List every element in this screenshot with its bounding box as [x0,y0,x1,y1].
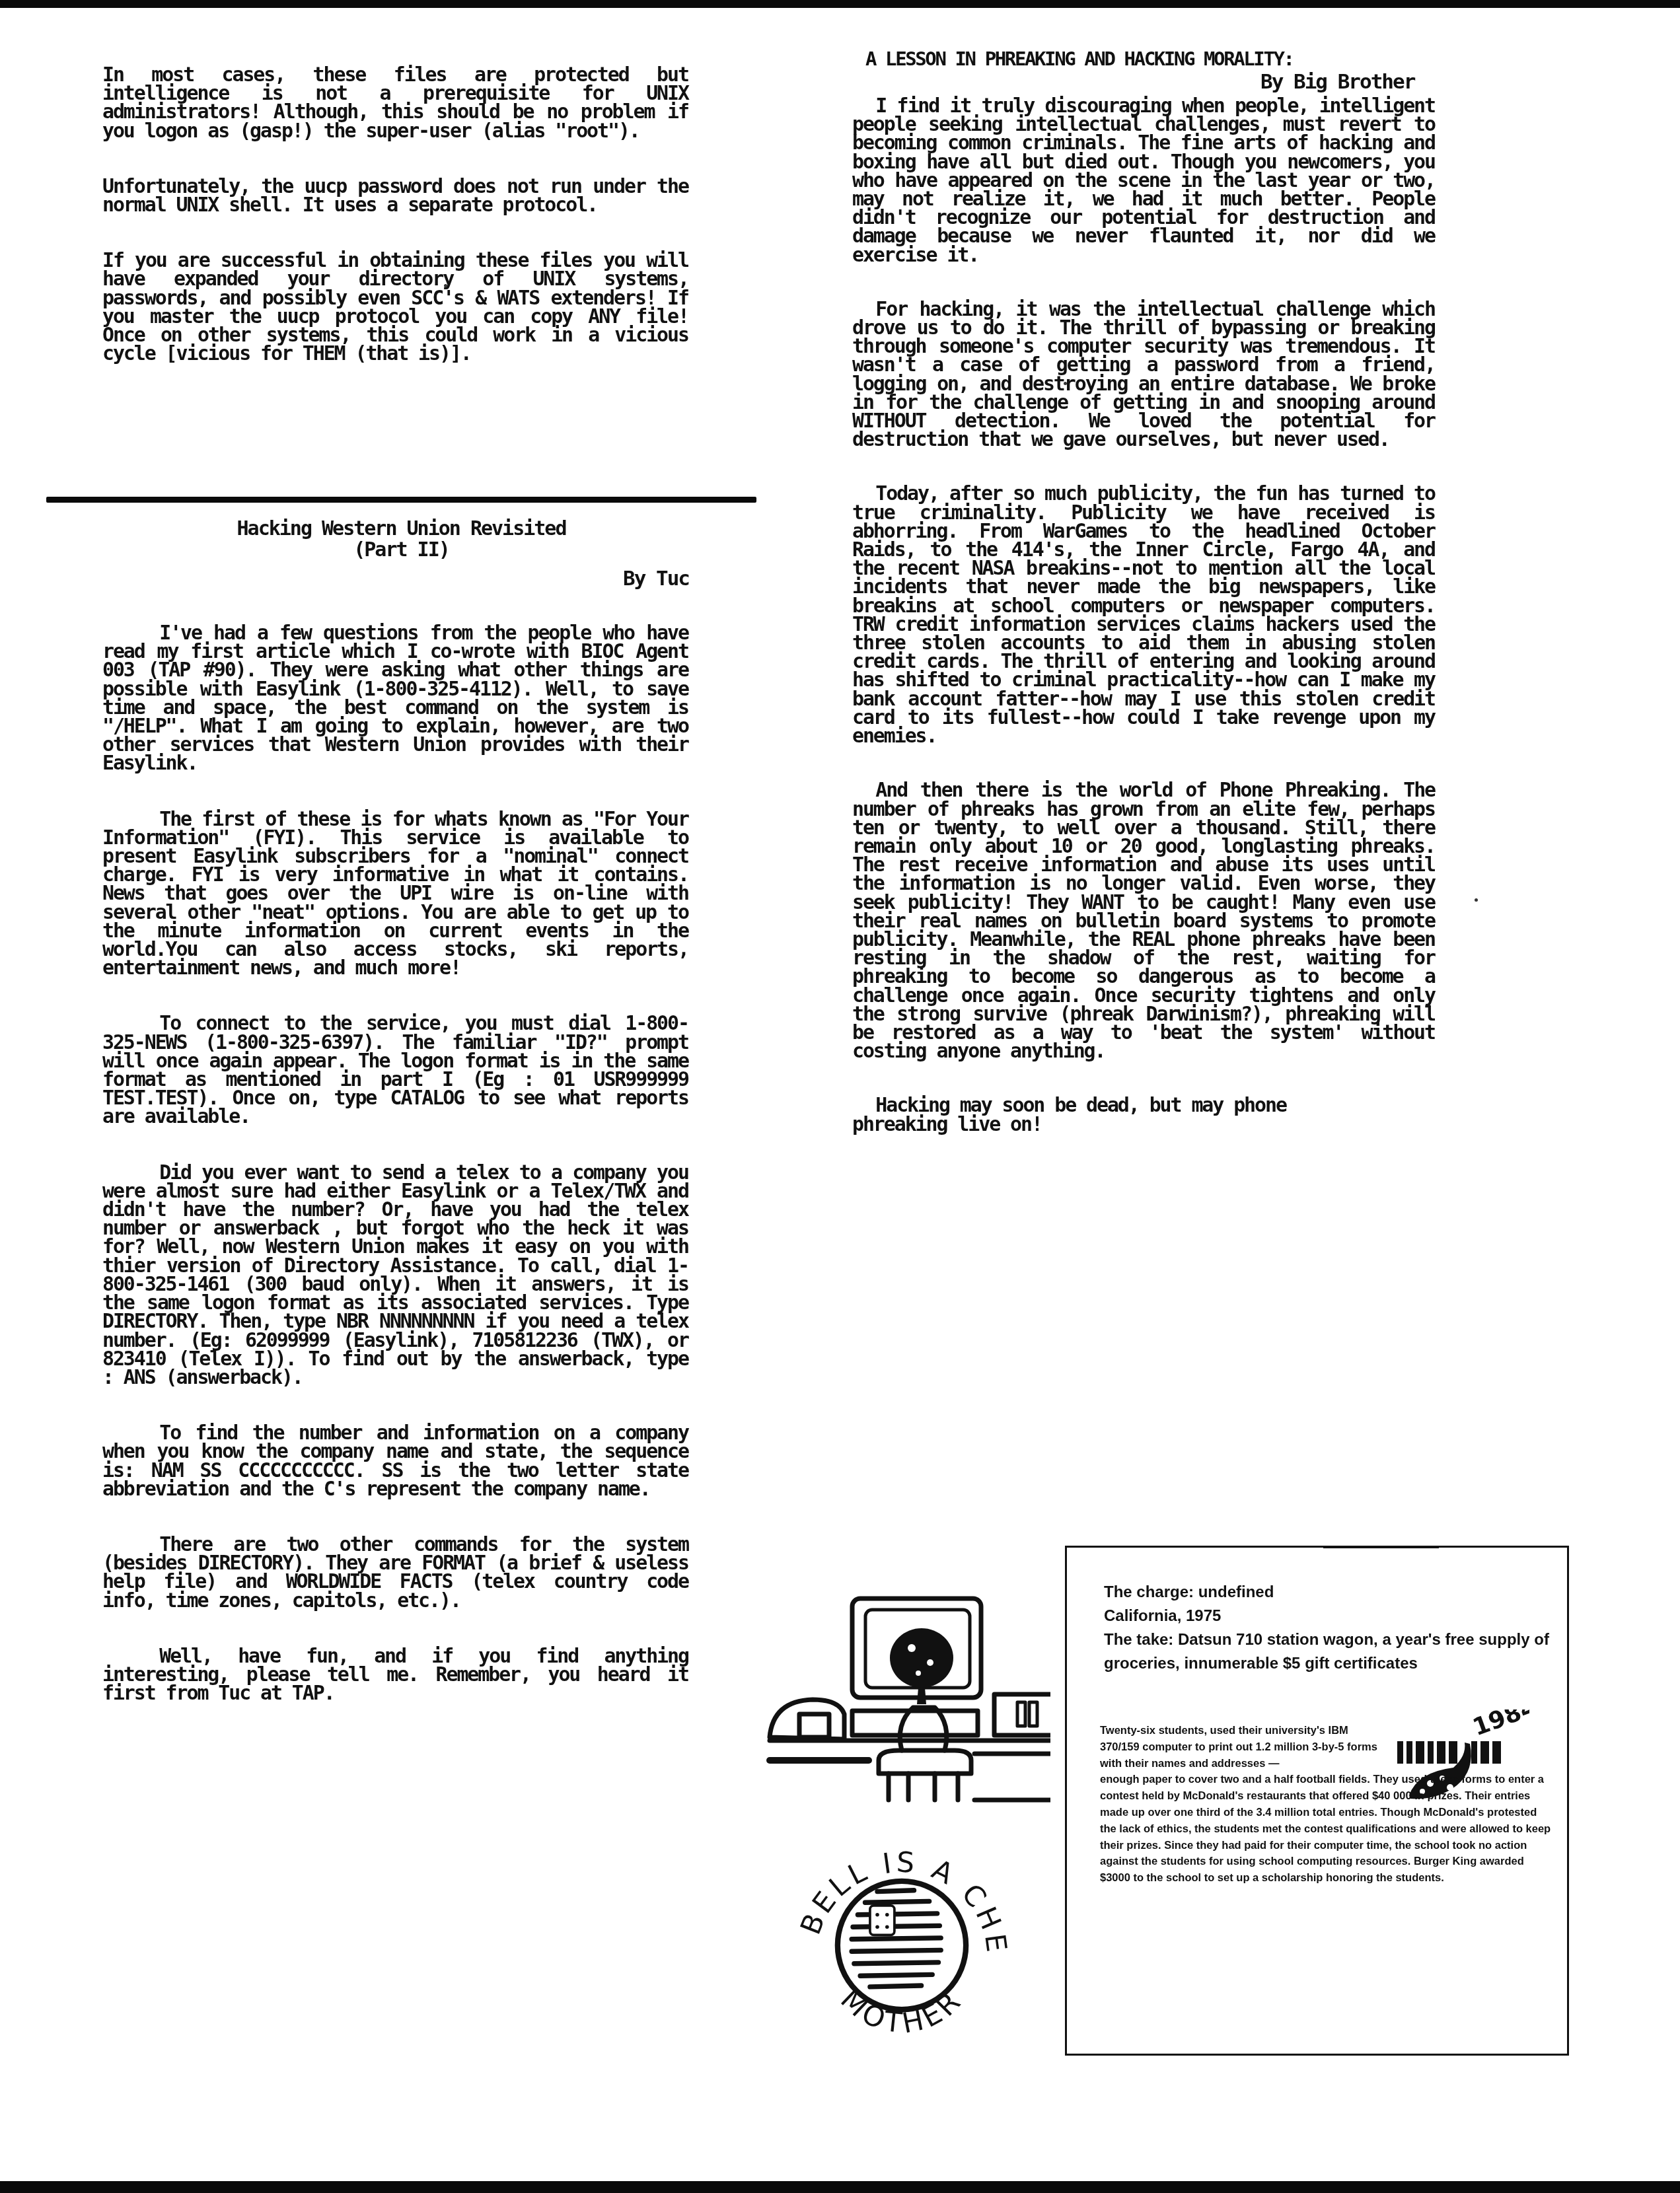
box-location-line: California, 1975 [1104,1604,1560,1628]
box-charge-line: The charge: undefined [1104,1581,1560,1604]
page-top-border [0,0,1680,8]
article-paragraph: I've had a few questions from the people… [102,624,688,773]
box-headline: The charge: undefined California, 1975 T… [1104,1581,1560,1676]
right-paragraph: Today, after so much publicity, the fun … [852,485,1435,746]
page-bottom-border [0,2181,1680,2193]
intro-paragraph: If you are successful in obtaining these… [102,252,688,363]
right-closing-paragraph: Hacking may soon be dead, but may phone … [852,1096,1331,1133]
article-title: Hacking Western Union Revisited [102,519,700,540]
intro-paragraph: Unfortunately, the uucp password does no… [102,178,688,215]
speck [1475,898,1478,902]
box-body: Twenty-six students, used their universi… [1100,1723,1556,1887]
right-article-body: I find it truly discouraging when people… [852,97,1447,1171]
article-body: I've had a few questions from the people… [102,624,700,1740]
article-paragraph: The first of these is for whats known as… [102,810,688,978]
sidebar-box: The charge: undefined California, 1975 T… [1065,1546,1569,2056]
box-body-narrow: Twenty-six students, used their universi… [1100,1723,1384,1772]
intro-paragraph: In most cases, these files are protected… [102,66,688,141]
seal-bottom-text: MOTHER [834,1984,969,2040]
article-subtitle: (Part II) [102,540,700,561]
speck [1064,382,1067,385]
right-paragraph: For hacking, it was the intellectual cha… [852,301,1435,450]
article-paragraph: To connect to the service, you must dial… [102,1015,688,1126]
right-article-title: A LESSON IN PHREAKING AND HACKING MORALI… [865,48,1294,70]
box-take-line: The take: Datsun 710 station wagon, a ye… [1104,1628,1560,1676]
article-paragraph: To find the number and information on a … [102,1424,688,1499]
computer-user-cartoon-icon [760,1582,1050,1807]
article-paragraph: Did you ever want to send a telex to a c… [102,1164,688,1387]
box-body-wide: enough paper to cover two and a half foo… [1100,1774,1551,1884]
ma-bell-seal-icon: MA BELL IS A CHEAP MOTHER [780,1826,1024,2064]
right-article-byline: By Big Brother [1260,70,1414,94]
right-paragraph: I find it truly discouraging when people… [852,97,1435,265]
speck [444,284,447,287]
article-byline: By Tuc [623,567,689,591]
section-divider [46,497,756,503]
article-paragraph: There are two other commands for the sys… [102,1536,688,1610]
article-paragraph: Well, have fun, and if you find anything… [102,1647,688,1704]
left-intro: In most cases, these files are protected… [102,66,700,400]
right-paragraph: And then there is the world of Phone Phr… [852,781,1435,1061]
